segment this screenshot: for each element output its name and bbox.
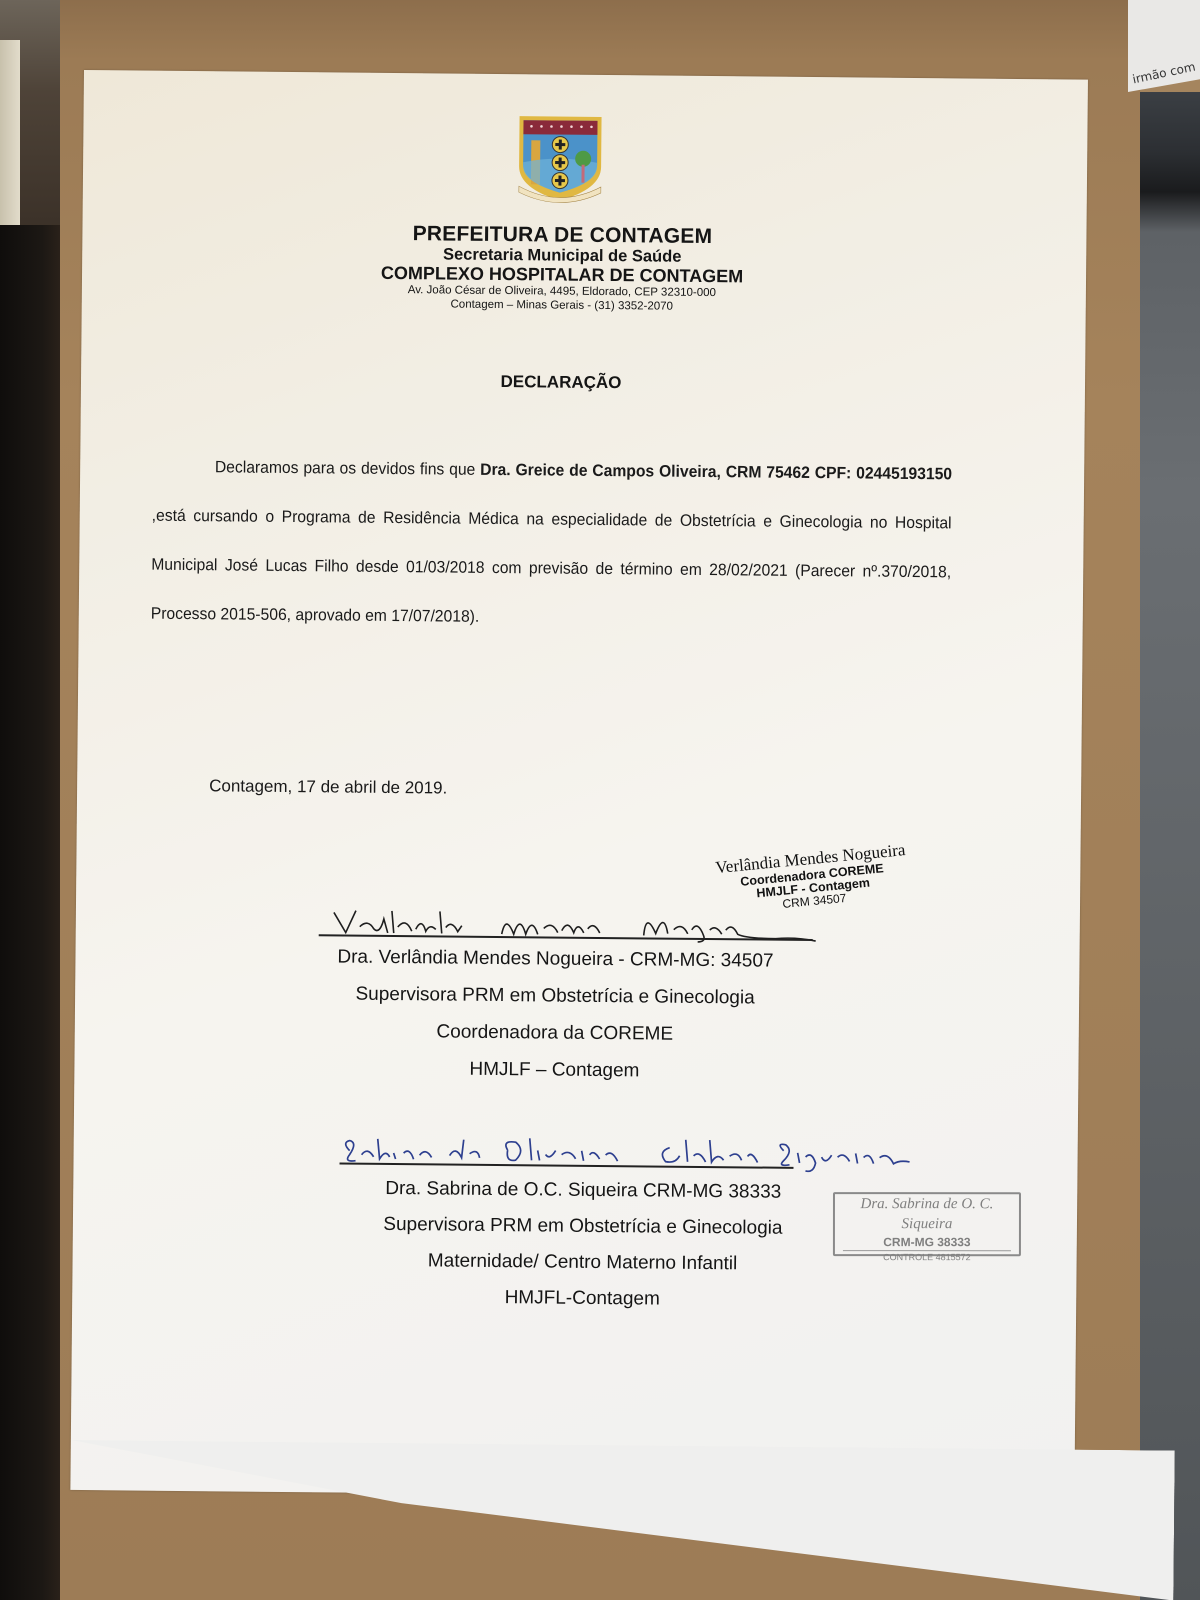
body-statement: ,está cursando o Programa de Residência … — [151, 507, 952, 626]
body-intro: Declaramos para os devidos fins que — [215, 458, 480, 479]
declaration-body: Declaramos para os devidos fins que Dra.… — [151, 443, 953, 647]
signatory-1-unit: HMJLF – Contagem — [264, 1049, 844, 1092]
supervisor-stamp: Dra. Sabrina de O. C. Siqueira CRM-MG 38… — [833, 1192, 1021, 1256]
signatory-2-title: Supervisora PRM em Obstetrícia e Ginecol… — [313, 1206, 853, 1247]
background-frame-edge — [0, 40, 20, 225]
coordinator-stamp: Verlândia Mendes Nogueira Coordenadora C… — [700, 839, 925, 919]
background-device — [1140, 92, 1200, 1600]
stamp-2-crm: CRM-MG 38333 — [835, 1234, 1019, 1250]
handwritten-signature-2 — [339, 1131, 939, 1177]
signatory-2-unit: HMJFL-Contagem — [312, 1278, 852, 1319]
document-title: DECLARAÇÃO — [81, 368, 1041, 397]
signatory-1-name: Dra. Verlândia Mendes Nogueira - CRM-MG:… — [265, 938, 845, 981]
signatory-2-name: Dra. Sabrina de O.C. Siqueira CRM-MG 383… — [313, 1170, 853, 1211]
signatory-1-role: Coordenadora da COREME — [265, 1012, 845, 1055]
signatory-2-department: Maternidade/ Centro Materno Infantil — [312, 1242, 852, 1283]
background-dark-surface — [0, 225, 60, 1600]
body-resident-identification: Dra. Greice de Campos Oliveira, CRM 7546… — [480, 461, 952, 484]
declaration-document: PREFEITURA DE CONTAGEM Secretaria Munici… — [70, 70, 1088, 1500]
letterhead: PREFEITURA DE CONTAGEM Secretaria Munici… — [82, 220, 1043, 317]
place-and-date: Contagem, 17 de abril de 2019. — [209, 776, 447, 798]
signatory-1-title: Supervisora PRM em Obstetrícia e Ginecol… — [265, 975, 845, 1018]
stamp-2-name: Dra. Sabrina de O. C. Siqueira — [835, 1194, 1019, 1234]
stamp-2-control-number: CONTROLE 4815572 — [843, 1250, 1011, 1263]
coat-of-arms-icon — [517, 114, 604, 205]
signatory-2-block: Dra. Sabrina de O.C. Siqueira CRM-MG 383… — [312, 1170, 853, 1319]
signatory-1-block: Dra. Verlândia Mendes Nogueira - CRM-MG:… — [264, 938, 845, 1092]
